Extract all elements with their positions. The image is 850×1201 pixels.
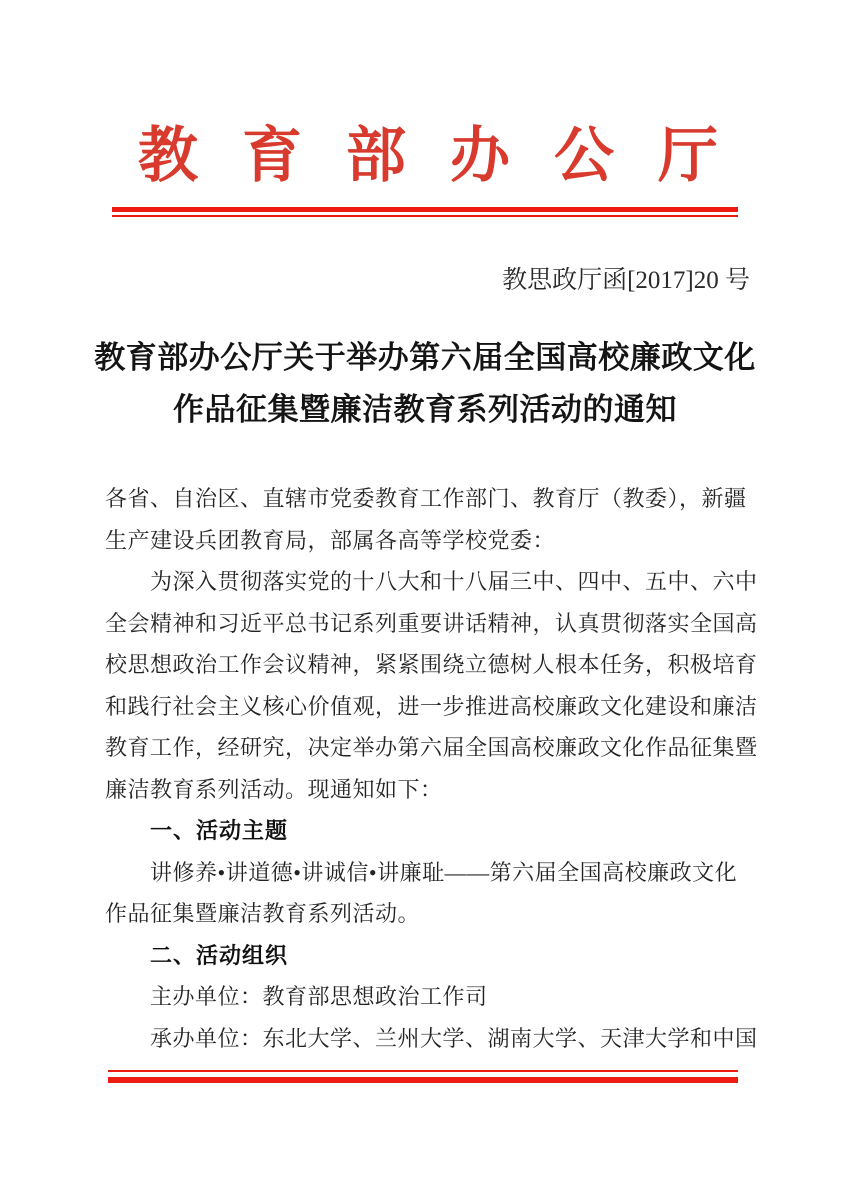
letterhead-title: 教育部办公厅 <box>0 116 850 196</box>
addressee-line: 生产建设兵团教育局，部属各高等学校党委： <box>105 520 749 562</box>
co-organizer-line: 承办单位：东北大学、兰州大学、湖南大学、天津大学和中国 <box>105 1018 749 1060</box>
paragraph-line: 为深入贯彻落实党的十八大和十八届三中、四中、五中、六中 <box>105 561 749 603</box>
letterhead-rule-thick <box>112 207 738 212</box>
section-heading-2: 二、活动组织 <box>105 935 749 977</box>
paragraph-line: 廉洁教育系列活动。现通知如下： <box>105 769 749 811</box>
notice-body: 各省、自治区、直辖市党委教育工作部门、教育厅（教委），新疆 生产建设兵团教育局，… <box>105 478 749 1059</box>
footer-rule-thin <box>108 1070 738 1072</box>
paragraph-line: 校思想政治工作会议精神，紧紧围绕立德树人根本任务，积极培育 <box>105 644 749 686</box>
letterhead-rule-thin <box>112 215 738 217</box>
paragraph-line: 全会精神和习近平总书记系列重要讲话精神，认真贯彻落实全国高 <box>105 603 749 645</box>
theme-line: 作品征集暨廉洁教育系列活动。 <box>105 893 749 935</box>
footer-rule-thick <box>108 1077 738 1083</box>
paragraph-line: 教育工作，经研究，决定举办第六届全国高校廉政文化作品征集暨 <box>105 727 749 769</box>
addressee-line: 各省、自治区、直辖市党委教育工作部门、教育厅（教委），新疆 <box>105 478 749 520</box>
section-heading-1: 一、活动主题 <box>105 810 749 852</box>
notice-title-line2: 作品征集暨廉洁教育系列活动的通知 <box>55 384 795 436</box>
document-page: 教育部办公厅 教思政厅函[2017]20 号 教育部办公厅关于举办第六届全国高校… <box>0 0 850 1201</box>
paragraph-line: 和践行社会主义核心价值观，进一步推进高校廉政文化建设和廉洁 <box>105 686 749 728</box>
document-reference-number: 教思政厅函[2017]20 号 <box>502 265 750 297</box>
theme-line: 讲修养•讲道德•讲诚信•讲廉耻——第六届全国高校廉政文化 <box>105 852 749 894</box>
organizer-line: 主办单位：教育部思想政治工作司 <box>105 976 749 1018</box>
notice-title: 教育部办公厅关于举办第六届全国高校廉政文化 作品征集暨廉洁教育系列活动的通知 <box>55 332 795 436</box>
notice-title-line1: 教育部办公厅关于举办第六届全国高校廉政文化 <box>55 332 795 384</box>
